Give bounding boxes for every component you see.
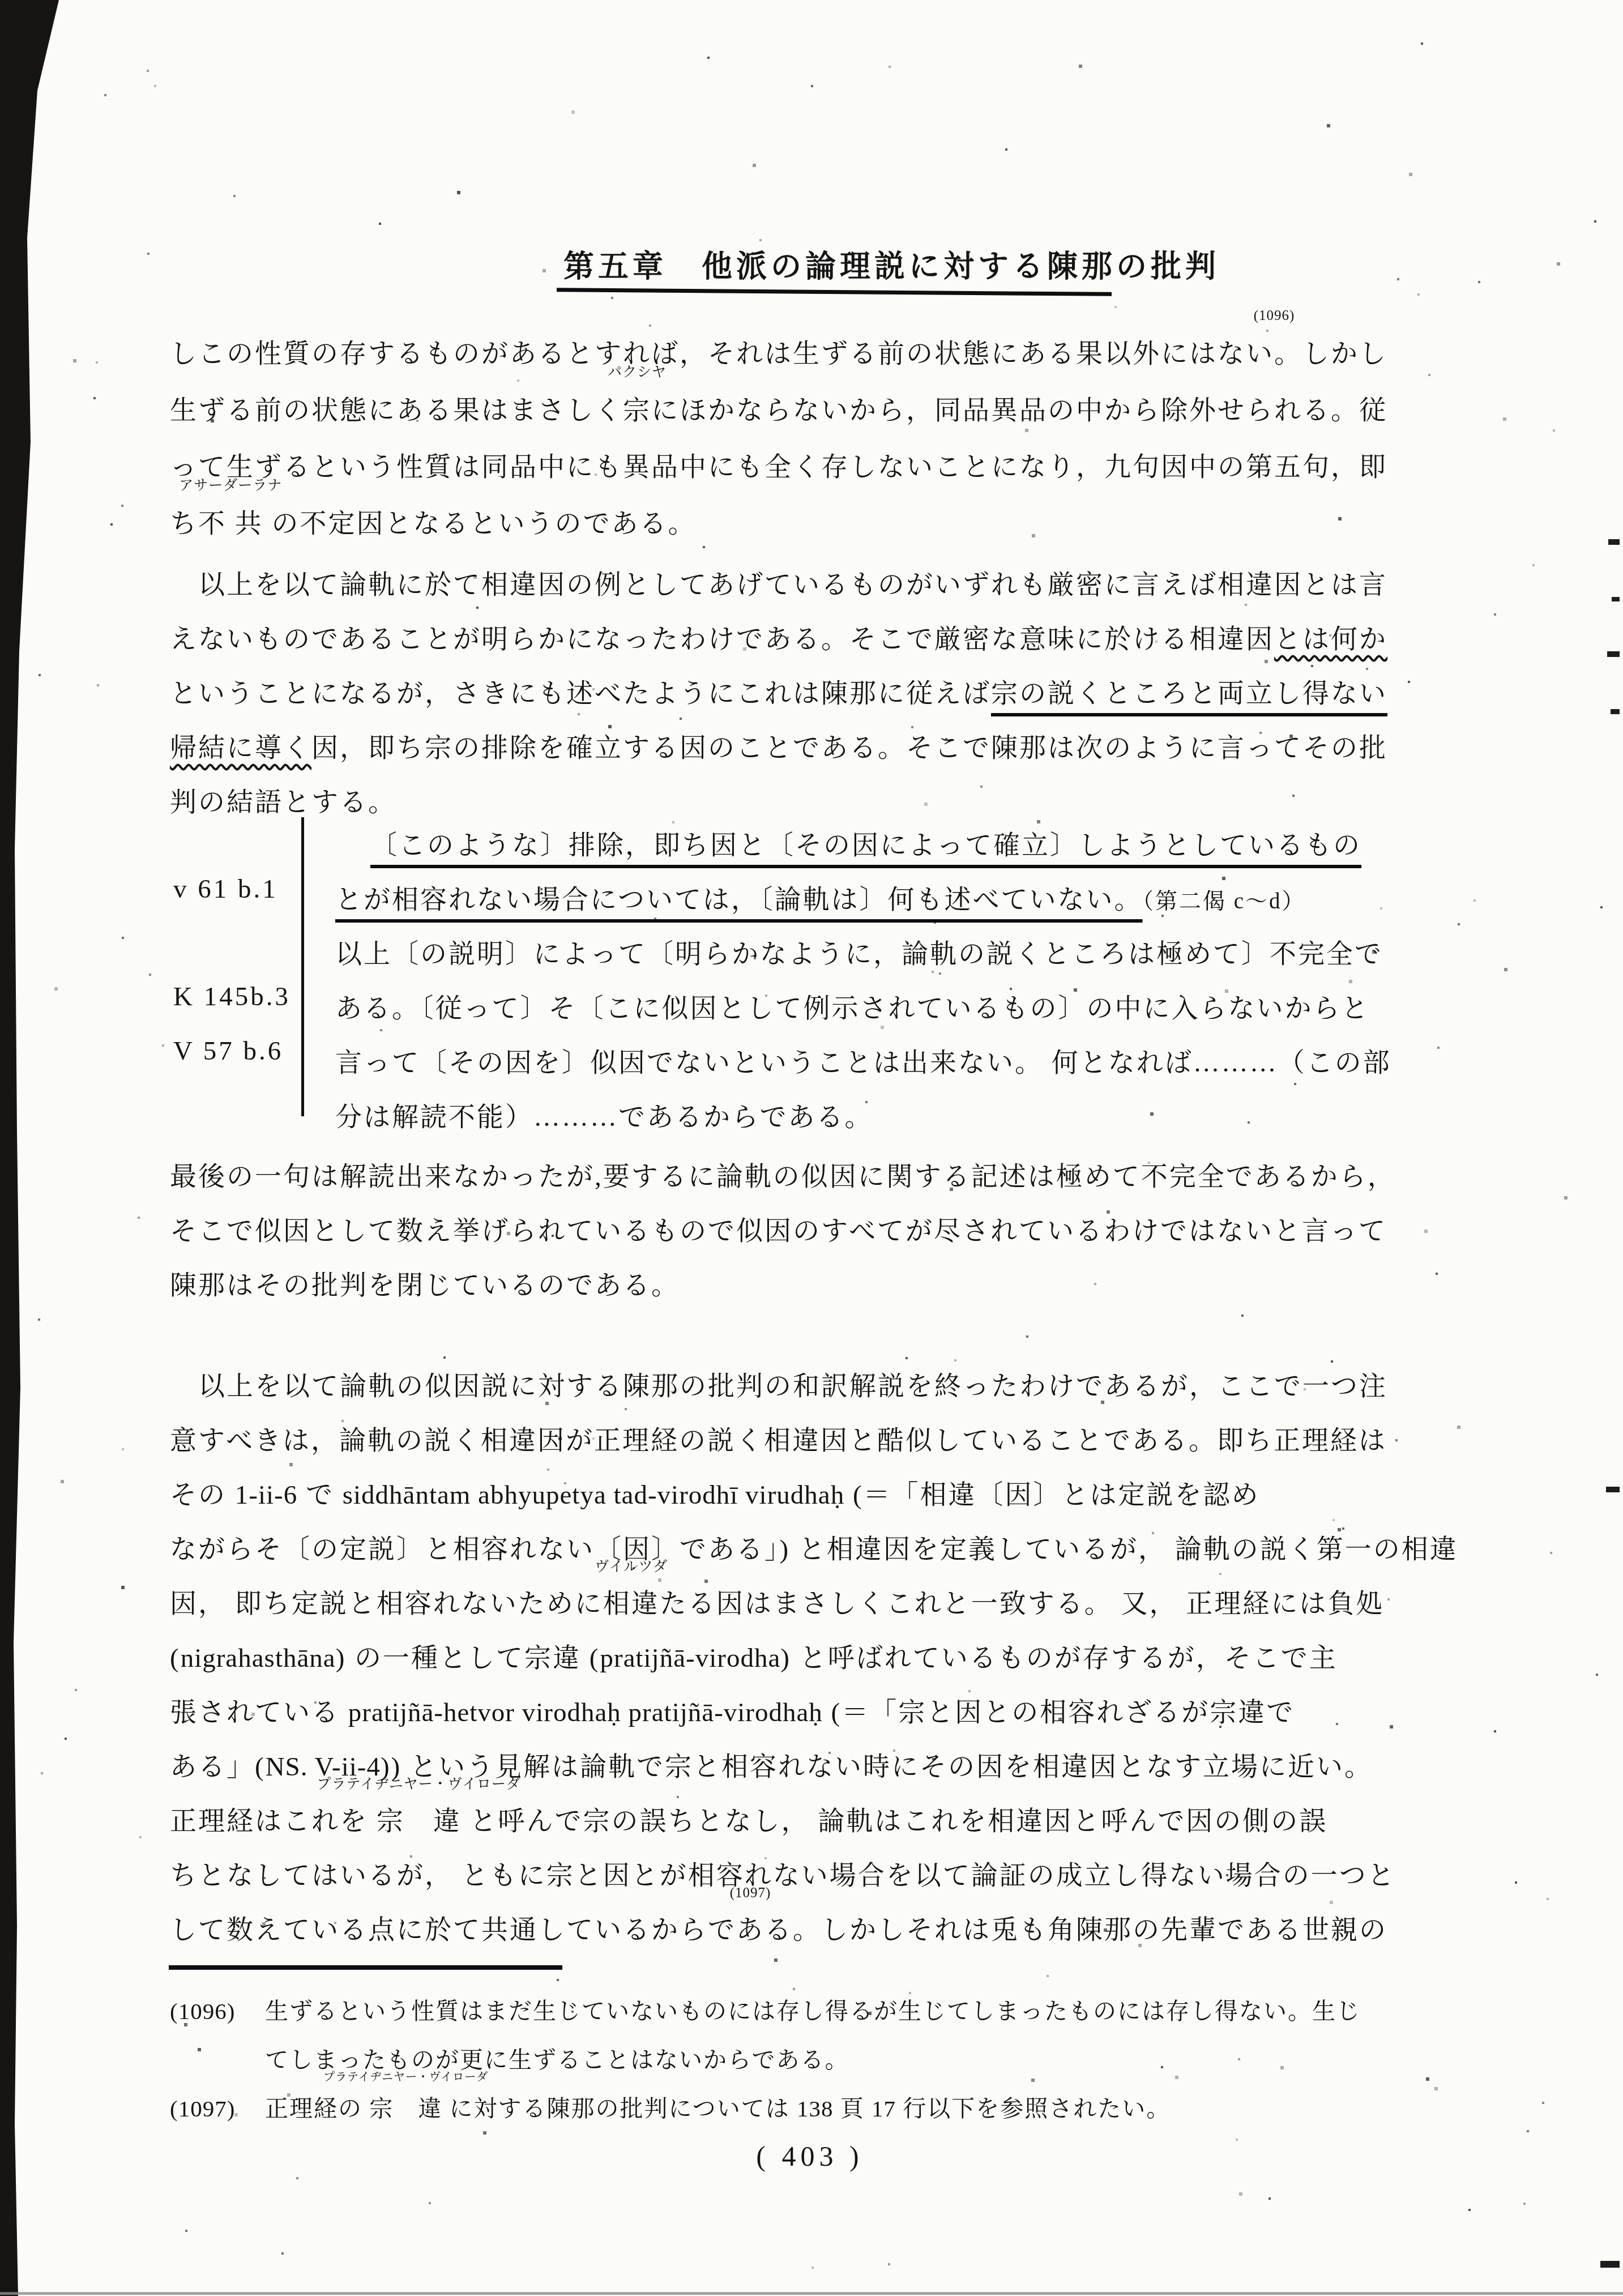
paragraph-3: 最後の一句は解読出来なかったが,要するに論軌の似因に関する記述は極めて不完全であ…	[170, 1150, 1489, 1313]
footnote-number: (1096)	[170, 1987, 265, 2035]
annotated-text: である	[708, 1915, 793, 1945]
text-line: とが相容れない場合については，〔論軌は〕何も述べていない。（第二偈 c～d）	[335, 873, 1489, 927]
text-segment: 17	[872, 2096, 896, 2122]
text-segment: ということになるが，さきにも述べたようにこれは陳那に従えば	[170, 679, 991, 709]
text-segment: ながらそ〔の定説〕と相容れない〔因〕である」) と相違因を定義しているが， 論軌…	[170, 1535, 1458, 1564]
text-segment: そこで似因として数え挙げられているもので似因のすべてが尽されているわけではないと…	[170, 1217, 1387, 1246]
text-line: 分は解読不能）………であるからである。	[335, 1090, 1489, 1145]
text-segment: siddhāntam abhyupetya tad-virodhī virudh…	[343, 1480, 845, 1510]
text-segment: たる因はまさしくこれと一致する。 又， 正理経には負処	[660, 1589, 1385, 1619]
text-segment: ある。〔従って〕そ〔こに似因として例示されているもの〕の中に入らないからと	[335, 994, 1370, 1023]
text-segment: とは何か	[1274, 625, 1387, 654]
footnote-body: 生ずるという性質はまだ生じていないものには存し得るが生じてしまったものには存し得…	[265, 1987, 1361, 2084]
paragraph-4: 以上を以て論軌の似因説に対する陳那の批判の和訳解説を終ったわけであるが，ここで一…	[170, 1359, 1489, 1957]
quote-text: 〔このような〕排除，即ち因と〔その因によって確立〕しようとしているものとが相容れ…	[335, 818, 1489, 1145]
text-line: 生ずる前の状態にある果はまさしく宗パクシヤにほかならないから，同品異品の中から除…	[170, 382, 1489, 439]
text-segment: 生ずるという性質はまだ生じていないものには存し得るが生じてしまったものには存し得…	[265, 1998, 1361, 2024]
text-line: 正理経はこれを 宗 違プラテイヂニヤー・ヴイローダ と呼んで宗の誤ちとなし， 論…	[170, 1794, 1489, 1849]
text-line: ということになるが，さきにも述べたようにこれは陳那に従えば宗の説くところと両立し…	[170, 667, 1489, 721]
footnote-line: 正理経の 宗 違プラテイヂニヤー・ヴイローダ に対する陳那の批判については 13…	[265, 2084, 1171, 2133]
text-line: 言って〔その因を〕似因でないということは出来ない。 何となれば………（この部	[335, 1036, 1489, 1090]
text-segment: の不定因となるというのである。	[263, 509, 697, 539]
text-segment: その	[170, 1480, 235, 1510]
text-segment: にほかならないから，同品異品の中から除外せられる。従	[651, 396, 1387, 425]
annotated-text: 不 共	[198, 509, 263, 539]
scan-artifact-bottom-edge	[0, 2292, 1623, 2295]
text-segment: ある」(	[170, 1752, 266, 1782]
text-segment: 1-ii-6	[235, 1480, 297, 1510]
text-segment: である(1097)	[708, 1903, 793, 1957]
text-line: して数えている点に於て共通しているからである(1097)。しかしそれは兎も角陳那…	[170, 1903, 1489, 1957]
text-segment: して数えている点に於て共通しているから	[170, 1915, 708, 1945]
text-line: そこで似因として数え挙げられているもので似因のすべてが尽されているわけではないと…	[170, 1204, 1489, 1258]
text-segment: 因，即ち宗の排除を確立する因のことである。そこで陳那は次のように言ってその批	[311, 733, 1387, 763]
text-segment: と呼んで宗の誤ちとなし， 論軌はこれを相違因と呼んで因の側の誤	[462, 1807, 1328, 1836]
text-segment: 138	[797, 2096, 834, 2122]
footnote-number: (1097)	[170, 2084, 265, 2133]
furigana-annotation: (1096)	[1254, 309, 1295, 323]
annotated-text: 相違	[603, 1589, 660, 1619]
furigana-annotation: パクシヤ	[608, 365, 667, 379]
text-segment: （第二偈 c～d）	[1143, 889, 1306, 914]
chapter-title-rule	[557, 288, 1112, 296]
text-line: って生ずるという性質は同品中にも異品中にも全く存しないことになり，九句因中の第五…	[170, 439, 1489, 496]
text-line: ちとなしてはいるが， ともに宗と因とが相容れない場合を以て論証の成立し得ない場合…	[170, 1849, 1489, 1903]
text-line: 意すべきは，論軌の説く相違因が正理経の説く相違因と酷似していることである。即ち正…	[170, 1414, 1489, 1468]
text-segment: とが相容れない場合については，〔論軌は〕何も述べていない。	[335, 885, 1143, 915]
text-line: しこの性質の存するものがあるとすれば，それは生ずる前の状態にある果以外にはない。…	[170, 326, 1489, 382]
text-segment: 以上〔の説明〕によって〔明らかなように，論軌の説くところは極めて〕不完全で	[335, 940, 1383, 969]
text-segment: 相違ヴイルツダ	[603, 1577, 660, 1631]
text-segment: 行以下を参照されたい。	[896, 2096, 1171, 2122]
text-segment: で	[297, 1480, 343, 1510]
scan-artifact-left-edge	[0, 0, 62, 2296]
text-segment: に対する陳那の批判については	[442, 2096, 797, 2122]
text-segment: ) の一種として宗違 (	[336, 1644, 600, 1673]
text-segment: 不 共アサーダーラナ	[198, 496, 263, 552]
scan-mark	[1607, 651, 1620, 657]
text-segment: 分は解読不能）………であるからである。	[335, 1103, 873, 1132]
text-segment: 宗 違プラテイヂニヤー・ヴイローダ	[369, 2084, 442, 2133]
text-segment: えないものであることが明らかになったわけである。そこで厳密な意味に於ける相違因	[170, 625, 1274, 654]
text-line: えないものであることが明らかになったわけである。そこで厳密な意味に於ける相違因と…	[170, 612, 1489, 667]
scan-mark	[1612, 597, 1620, 601]
text-segment: nigrahasthāna	[181, 1644, 336, 1673]
margin-label-k145: K 145b.3	[173, 981, 291, 1012]
footnote-line: 生ずるという性質はまだ生じていないものには存し得るが生じてしまったものには存し得…	[265, 1987, 1361, 2035]
text-line: 〔このような〕排除，即ち因と〔その因によって確立〕しようとしているもの	[335, 818, 1489, 873]
paragraph-2: 以上を以て論軌に於て相違因の例としてあげているものがいずれも厳密に言えば相違因と…	[170, 558, 1489, 830]
text-segment: 最後の一句は解読出来なかったが,要するに論軌の似因に関する記述は極めて不完全であ…	[170, 1162, 1396, 1192]
text-segment: 因， 即ち定説と相容れないために	[170, 1589, 603, 1619]
text-segment: 宗パクシヤ	[623, 382, 651, 439]
footnotes: (1096)生ずるという性質はまだ生じていないものには存し得るが生じてしまったも…	[170, 1987, 1489, 2133]
page-number: ( 403 )	[697, 2140, 923, 2173]
text-segment: 意すべきは，論軌の説く相違因が正理経の説く相違因と酷似していることである。即ち正…	[170, 1426, 1387, 1456]
scan-noise	[0, 0, 1, 1]
text-segment: 〔このような〕排除，即ち因と〔その因によって確立〕しようとしているもの	[370, 831, 1361, 860]
text-segment: い。(1096)	[1246, 326, 1302, 382]
text-segment: 陳那はその批判を閉じているのである。	[170, 1271, 680, 1300]
text-line: ながらそ〔の定説〕と相容れない〔因〕である」) と相違因を定義しているが， 論軌…	[170, 1522, 1489, 1577]
text-segment: 宗 違プラテイヂニヤー・ヴイローダ	[377, 1794, 462, 1849]
text-line: 最後の一句は解読出来なかったが,要するに論軌の似因に関する記述は極めて不完全であ…	[170, 1150, 1489, 1204]
text-segment: ちとなしてはいるが， ともに宗と因とが相容れない場合を以て論証の成立し得ない場合…	[170, 1861, 1396, 1890]
text-line: 以上を以て論軌に於て相違因の例としてあげているものがいずれも厳密に言えば相違因と…	[170, 558, 1489, 612]
furigana-annotation: アサーダーラナ	[179, 479, 282, 493]
text-line: ある。〔従って〕そ〔こに似因として例示されているもの〕の中に入らないからと	[335, 981, 1489, 1036]
text-segment: 生ずる前の状態にある果はまさしく	[170, 396, 623, 425]
annotated-text: い。	[1246, 339, 1302, 369]
text-segment: pratijñā-virodha	[600, 1644, 780, 1673]
text-segment: って生ずるという性質は同品中にも異品中にも全く存しないことになり，九句因中の第五…	[170, 453, 1387, 482]
footnote: (1097)正理経の 宗 違プラテイヂニヤー・ヴイローダ に対する陳那の批判につ…	[170, 2084, 1489, 2133]
annotated-text: 宗 違	[369, 2096, 442, 2122]
scan-mark	[1611, 709, 1620, 714]
quote-block: v 61 b.1 K 145b.3 V 57 b.6 〔このような〕排除，即ち因…	[170, 818, 1489, 1145]
footnote-body: 正理経の 宗 違プラテイヂニヤー・ヴイローダ に対する陳那の批判については 13…	[265, 2084, 1171, 2133]
furigana-annotation: プラテイヂニヤー・ヴイローダ	[317, 1777, 521, 1791]
margin-label-v57: V 57 b.6	[173, 1036, 283, 1066]
scan-mark	[1606, 1487, 1620, 1492]
text-line: 因， 即ち定説と相容れないために相違ヴイルツダたる因はまさしくこれと一致する。 …	[170, 1577, 1489, 1631]
text-segment: )) という見解は論軌で宗と相容れない時にその因を相違因となす立場に近い。	[381, 1752, 1373, 1782]
footnote: (1096)生ずるという性質はまだ生じていないものには存し得るが生じてしまったも…	[170, 1987, 1489, 2084]
text-segment: (＝「相違〔因〕とは定説を認め	[844, 1480, 1259, 1510]
furigana-annotation: ヴイルツダ	[595, 1560, 668, 1574]
text-line: 帰結に導く因，即ち宗の排除を確立する因のことである。そこで陳那は次のように言って…	[170, 721, 1489, 775]
text-segment: 言って〔その因を〕似因でないということは出来ない。 何となれば………（この部	[335, 1048, 1391, 1078]
scanned-page: 第五章 他派の論理説に対する陳那の批判 しこの性質の存するものがあるとすれば，そ…	[0, 0, 1623, 2296]
text-line: (nigrahasthāna) の一種として宗違 (pratijñā-virod…	[170, 1631, 1489, 1685]
paragraph-1: しこの性質の存するものがあるとすれば，それは生ずる前の状態にある果以外にはない。…	[170, 326, 1489, 552]
furigana-annotation: プラテイヂニヤー・ヴイローダ	[323, 2072, 488, 2083]
text-line: その 1-ii-6 で siddhāntam abhyupetya tad-vi…	[170, 1468, 1489, 1522]
text-segment: 以上を以て論軌の似因説に対する陳那の批判の和訳解説を終ったわけであるが，ここで一…	[198, 1372, 1387, 1401]
text-line: 陳那はその批判を閉じているのである。	[170, 1258, 1489, 1313]
text-segment: 判の結語とする。	[170, 788, 396, 817]
text-segment: 宗の説くところと両立し得ない	[991, 679, 1387, 709]
chapter-header: 第五章 他派の論理説に対する陳那の批判	[563, 242, 1220, 286]
text-segment: 以上を以て論軌に於て相違因の例としてあげているものがいずれも厳密に言えば相違因と…	[198, 570, 1387, 600]
text-segment: 帰結に導く	[170, 733, 311, 763]
scan-mark	[1608, 539, 1620, 545]
text-segment: 張されている	[170, 1698, 348, 1727]
text-segment: pratijñā-hetvor virodhaḥ pratijñā-virodh…	[348, 1698, 823, 1727]
quote-vertical-rule	[301, 817, 304, 1116]
text-segment: ち	[170, 509, 198, 539]
text-segment: 。しかしそれは兎も角陳那の先輩である世親の	[793, 1915, 1387, 1945]
footnote-separator	[169, 1965, 562, 1970]
text-segment: 正理経の	[265, 2096, 369, 2122]
furigana-annotation: (1097)	[730, 1886, 771, 1900]
text-segment: 頁	[833, 2096, 872, 2122]
text-segment: (＝「宗と因との相容れざるが宗違で	[823, 1698, 1295, 1727]
text-segment: しこの性質の存するものがあるとすれば，それは生ずる前の状態にある果以外にはな	[170, 339, 1246, 369]
text-segment: ) と呼ばれているものが存するが，そこで主	[780, 1644, 1337, 1673]
annotated-text: 宗 違	[377, 1807, 462, 1836]
text-segment: しかし	[1302, 339, 1387, 369]
text-segment: 正理経はこれを	[170, 1807, 377, 1836]
text-segment: (	[170, 1644, 181, 1673]
scan-mark	[1600, 2261, 1620, 2268]
annotated-text: 宗	[623, 396, 651, 425]
text-line: 張されている pratijñā-hetvor virodhaḥ pratijñā…	[170, 1685, 1489, 1740]
text-segment: てしまったものが更に生ずることはないからである。	[265, 2047, 849, 2073]
text-line: 以上〔の説明〕によって〔明らかなように，論軌の説くところは極めて〕不完全で	[335, 927, 1489, 981]
text-line: 以上を以て論軌の似因説に対する陳那の批判の和訳解説を終ったわけであるが，ここで一…	[170, 1359, 1489, 1414]
text-line: ち不 共アサーダーラナ の不定因となるというのである。	[170, 496, 1489, 552]
chapter-title: 第五章 他派の論理説に対する陳那の批判	[563, 250, 1220, 284]
margin-label-v61: v 61 b.1	[173, 874, 278, 904]
